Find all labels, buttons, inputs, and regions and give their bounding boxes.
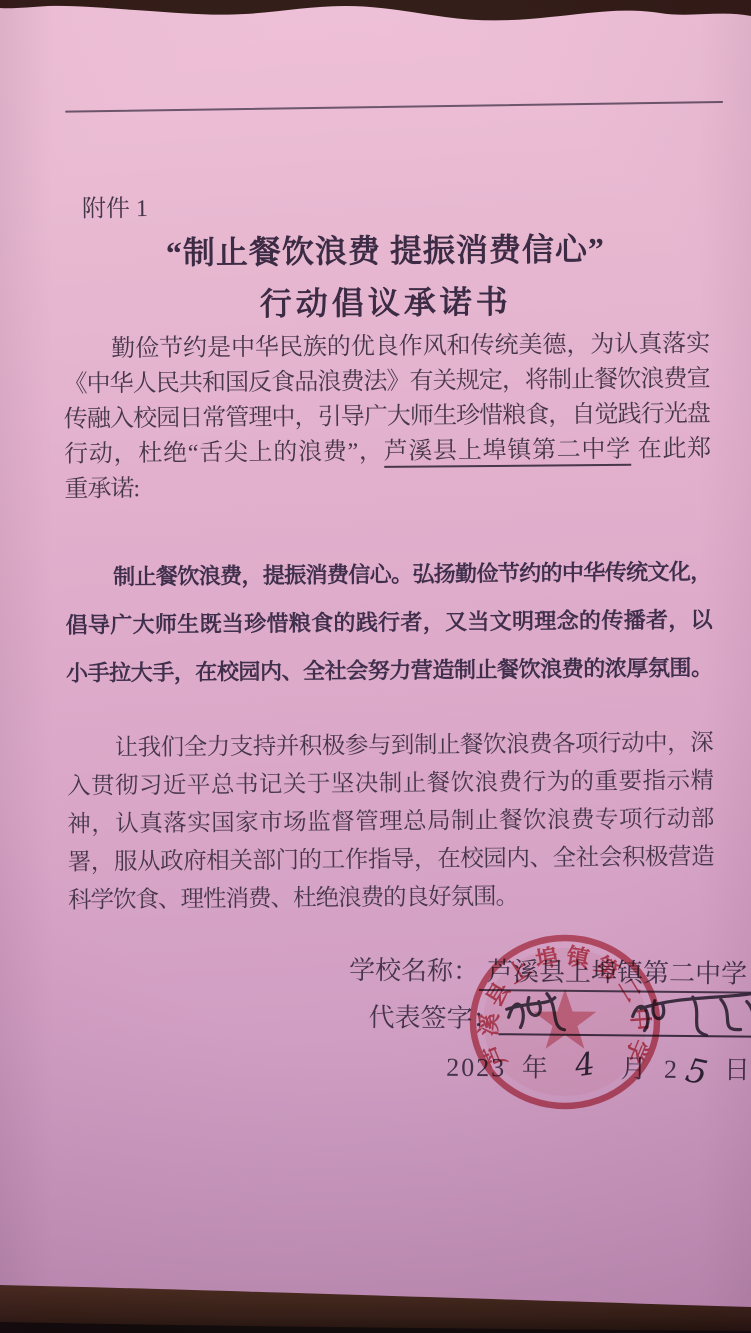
signature-block: 学校名称：芦溪县上埠镇第二中学 代表签字： 2023 年 4 月 2 5 日 bbox=[0, 0, 751, 1333]
document-photo: 附件 1 “制止餐饮浪费 提振消费信心” 行动倡议承诺书 勤俭节约是中华民族的优… bbox=[0, 0, 751, 1333]
official-seal: 芦溪县上埠镇第二中学 bbox=[455, 922, 679, 1130]
photo-background-top bbox=[0, 0, 751, 26]
date-day-unit: 日 bbox=[724, 1049, 751, 1086]
table-edge-top bbox=[0, 0, 751, 20]
date-day-handwritten: 5 bbox=[683, 1050, 713, 1093]
photo-background-bottom bbox=[0, 1278, 751, 1333]
